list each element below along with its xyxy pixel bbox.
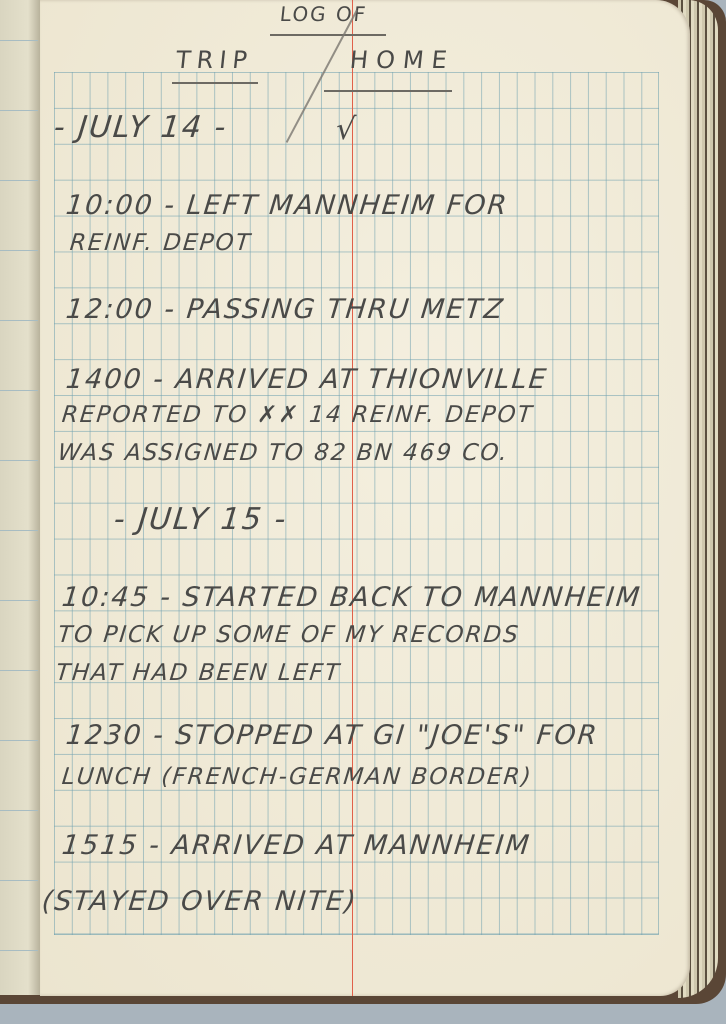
entry-line: To Pick Up Some of My Records bbox=[57, 622, 522, 648]
title-underline bbox=[324, 90, 452, 92]
title-underline bbox=[172, 82, 258, 84]
entry-line: That Had Been Left bbox=[55, 660, 343, 686]
entry-line: Was Assigned To 82 Bn 469 Co. bbox=[57, 440, 511, 466]
entry-line: 10:45 - Started Back To Mannheim bbox=[60, 582, 643, 613]
date-heading: - July 15 - bbox=[112, 502, 289, 537]
title-home: Home bbox=[349, 46, 457, 74]
entry-line: Lunch (French-German Border) bbox=[61, 764, 534, 790]
entry-line: 1400 - Arrived At Thionville bbox=[64, 364, 549, 395]
entry-line: 1230 - Stopped At GI "Joe's" For bbox=[64, 720, 600, 751]
facing-page bbox=[0, 0, 42, 995]
date-heading: - July 14 - bbox=[52, 110, 229, 145]
entry-line: 1515 - Arrived At Mannheim bbox=[60, 830, 532, 861]
entry-line: 12:00 - Passing Thru Metz bbox=[64, 294, 506, 325]
entry-line: Reinf. Depot bbox=[69, 230, 253, 256]
notebook-page: Log of Trip Home - July 14 - √ 10:00 - L… bbox=[40, 0, 690, 996]
entry-line: 10:00 - Left Mannheim For bbox=[64, 190, 510, 221]
entry-line: Reported To ✗✗ 14 Reinf. Depot bbox=[61, 402, 535, 428]
check-mark-glyph: √ bbox=[334, 112, 359, 147]
entry-line: (Stayed Over Nite) bbox=[40, 886, 359, 917]
title-trip: Trip bbox=[175, 46, 255, 74]
title-underline bbox=[270, 34, 386, 36]
